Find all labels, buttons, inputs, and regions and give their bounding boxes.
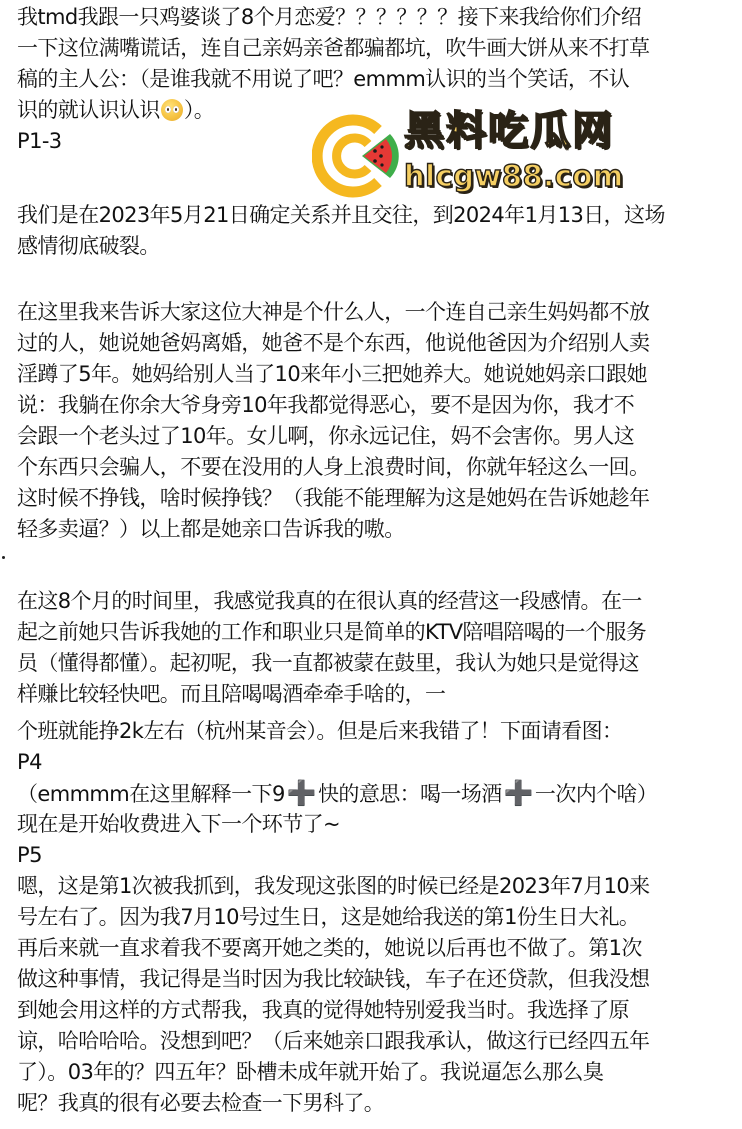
text-line: 在这8个月的时间里，我感觉我真的在很认真的经营这一段感情。在一 [17,586,642,617]
text-line: 一下这位满嘴谎话，连自己亲妈亲爸都骗都坑，吹牛画大饼从来不打草 [17,33,649,64]
text-line: 淫蹲了5年。她妈给别人当了10来年小三把她养大。她说她妈亲口跟她 [17,359,647,390]
text-line: 现在是开始收费进入下一个环节了~ [17,809,340,840]
text-line: 样赚比较轻快吧。而且陪喝喝酒牵牵手啥的，一 [17,679,445,710]
text-line: 说：我躺在你余大爷身旁10年我都觉得恶心，要不是因为你，我才不 [17,390,634,421]
text-line: 了）。03年的？四五年？卧槽未成年就开始了。我说逼怎么那么臭 [17,1057,603,1088]
text-line: 个班就能挣2k左右（杭州某音会）。但是后来我错了！下面请看图： [17,716,622,747]
pleading-face-emoji-icon [161,99,183,121]
text-line: 我tmd我跟一只鸡婆谈了8个月恋爱？？？？？？接下来我给你们介绍 [17,2,641,33]
text-line: 会跟一个老头过了10年。女儿啊，你永远记住，妈不会害你。男人这 [17,421,634,452]
text-line: （emmmm在这里解释一下9➕快的意思：喝一场酒➕一次内个啥） [17,778,657,809]
watermelon-c-logo-icon [312,112,400,200]
watermark-title: 黑料吃瓜网 [404,108,614,154]
text-line: 这时候不挣钱，啥时候挣钱？（我能不能理解为这是她妈在告诉她趁年 [17,483,649,514]
text-line: 起之前她只告诉我她的工作和职业只是简单的KTV陪唱陪喝的一个服务 [17,617,646,648]
text-line: 过的人，她说她爸妈离婚，她爸不是个东西，他说他爸因为介绍别人卖 [17,328,649,359]
text-line: 谅，哈哈哈哈。没想到吧？（后来她亲口跟我承认，做这行已经四五年 [17,1026,649,1057]
watermark-url: hlcgw88.com [404,156,624,196]
text-line: 号左右了。因为我7月10号过生日，这是她给我送的第1份生日大礼。 [17,902,639,933]
watermark-logo: 黑料吃瓜网 hlcgw88.com [312,108,642,200]
image-ref-label: P5 [17,840,42,871]
text-line: 我们是在2023年5月21日确定关系并且交往，到2024年1月13日，这场 [17,200,665,231]
text-fragment: 快的意思：喝一场酒 [318,782,502,806]
image-ref-label: P4 [17,747,42,778]
text-line: 做这种事情，我记得是当时因为我比较缺钱，车子在还贷款，但我没想 [17,964,649,995]
text-line: 识的就认识认识）。 [17,95,214,126]
text-line: 嗯，这是第1次被我抓到，我发现这张图的时候已经是2023年7月10来 [17,871,650,902]
text-line: 感情彻底破裂。 [17,231,160,262]
text-line: 轻多卖逼？）以上都是她亲口告诉我的嗷。 [17,514,405,545]
text-line: 在这里我来告诉大家这位大神是个什么人，一个连自己亲生妈妈都不放 [17,297,649,328]
text-fragment: 一次内个啥） [535,782,657,806]
text-line: 呢？我真的很有必要去检查一下男科了。 [17,1088,384,1119]
stray-dot [2,556,5,559]
text-line: 再后来就一直求着我不要离开她之类的，她说以后再也不做了。第1次 [17,933,642,964]
text-line: 稿的主人公：（是谁我就不用说了吧？emmm认识的当个笑话，不认 [17,64,629,95]
plus-icon: ➕ [504,778,533,809]
text-line: 个东西只会骗人，不要在没用的人身上浪费时间，你就年轻这么一回。 [17,452,649,483]
text-line: 员（懂得都懂）。起初呢，我一直都被蒙在鼓里，我认为她只是觉得这 [17,648,639,679]
plus-icon: ➕ [287,778,316,809]
text-line: 到她会用这样的方式帮我，我真的觉得她特别爱我当时。我选择了原 [17,995,629,1026]
text-fragment: ）。 [184,98,214,122]
text-fragment: （emmmm在这里解释一下9 [17,782,285,806]
image-ref-label: P1-3 [17,126,62,157]
text-fragment: 识的就认识认识 [17,98,160,122]
